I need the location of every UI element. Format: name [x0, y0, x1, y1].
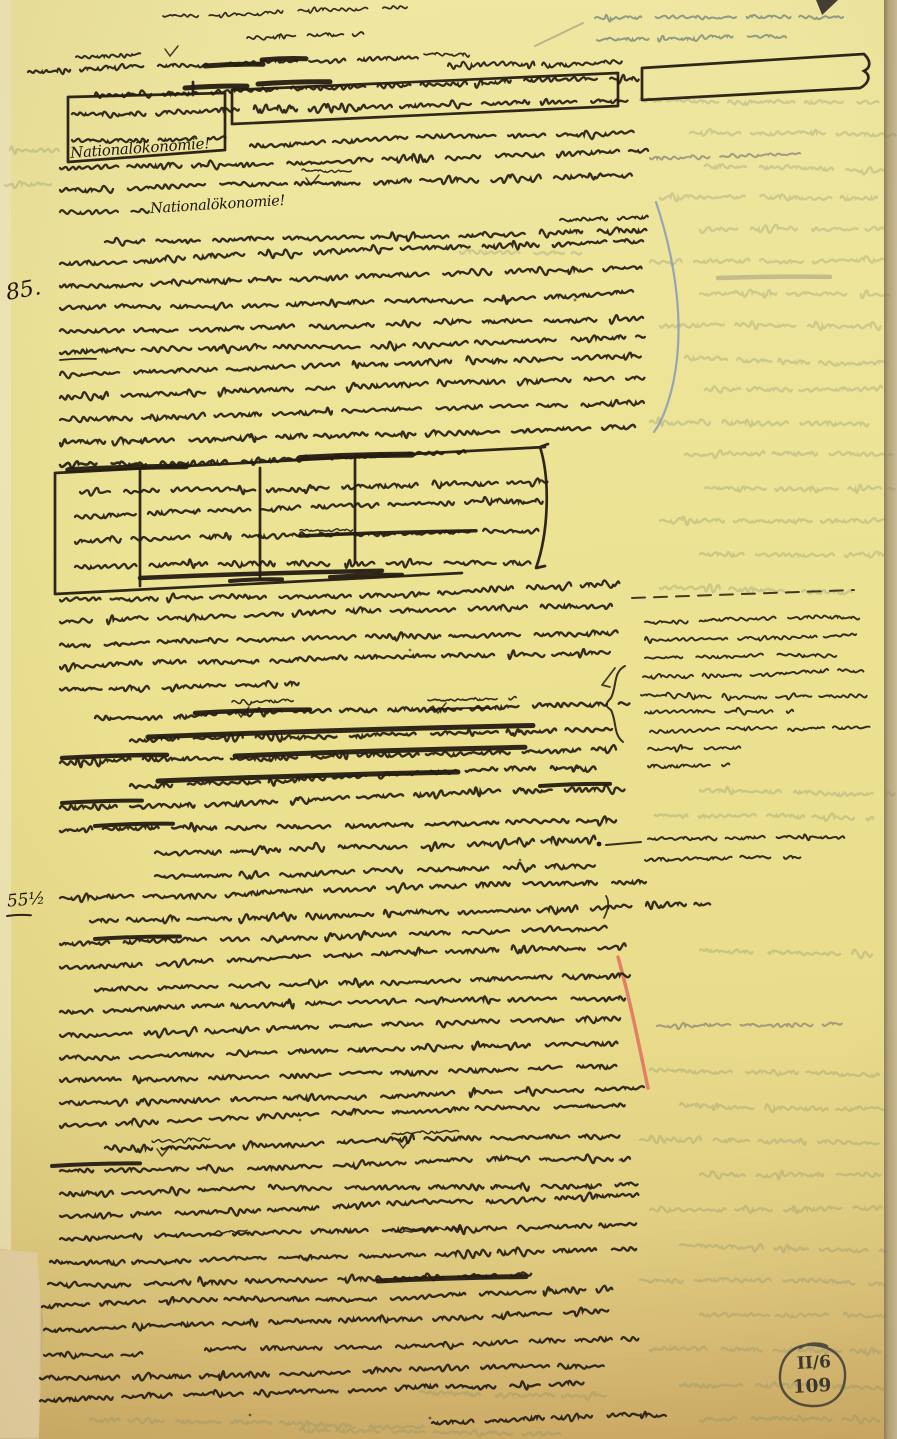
bleed-through-layer: [5, 98, 896, 1436]
handwriting-layer: [7, 6, 870, 1424]
manuscript-artwork: [0, 0, 897, 1439]
manuscript-page: 85. 55½ Nationalökonomie! Nationalökonom…: [0, 0, 897, 1439]
archive-stamp-line2: 109: [791, 1375, 832, 1398]
margin-section-number: 55½: [6, 888, 46, 911]
archive-stamp-line1: II/6: [794, 1352, 835, 1374]
